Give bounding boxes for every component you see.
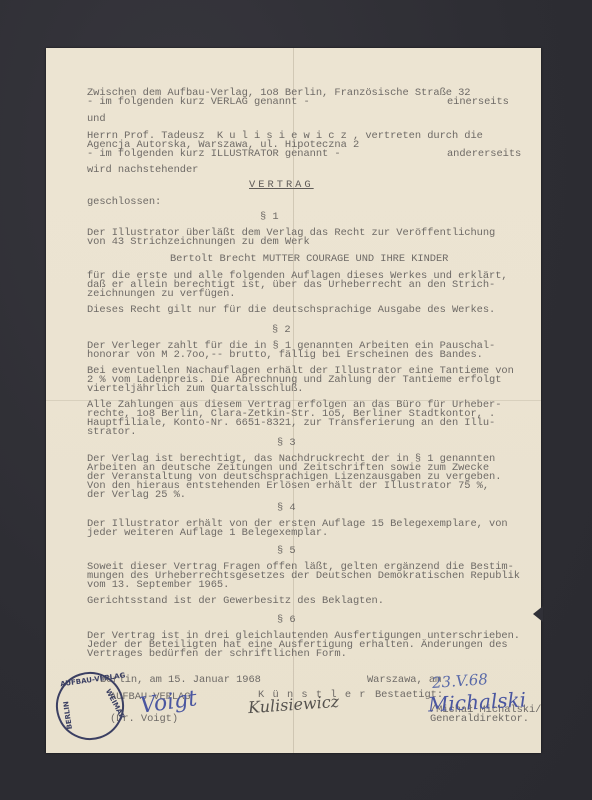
contract-title: VERTRAG: [249, 180, 314, 190]
parties-line-2-right: einerseits: [447, 97, 509, 107]
warsaw-date: Warszawa, am: [367, 675, 441, 685]
section-3-heading: § 3: [277, 438, 296, 448]
section-2-heading: § 2: [272, 325, 291, 335]
section-1-line: zeichnungen zu verfügen.: [87, 289, 235, 299]
parties-line-5-right: andererseits: [447, 149, 521, 159]
director-signature: Michalski: [427, 687, 526, 716]
work-title: Bertolt Brecht MUTTER COURAGE UND IHRE K…: [170, 254, 448, 264]
parties-line-5-left: - im folgenden kurz ILLUSTRATOR genannt …: [87, 149, 341, 159]
paper-tear: [533, 606, 543, 622]
closed-label: geschlossen:: [87, 197, 161, 207]
section-5-heading: § 5: [277, 546, 296, 556]
parties-und: und: [87, 114, 106, 124]
section-3-line: der Verlag 25 %.: [87, 490, 186, 500]
section-1-line: Dieses Recht gilt nur für die deutschspr…: [87, 305, 495, 315]
section-5-line: Gerichtsstand ist der Gewerbesitz des Be…: [87, 596, 384, 606]
section-5-line: vom 13. September 1965.: [87, 580, 229, 590]
section-1-line: von 43 Strichzeichnungen zu dem Werk: [87, 237, 310, 247]
section-6-line: Vertrages bedürfen der schriftlichen For…: [87, 649, 347, 659]
section-2-line: Hauptfiliale, Konto-Nr. 6651-8321, zur T…: [87, 418, 495, 428]
section-4-heading: § 4: [277, 503, 296, 513]
parties-line-2-left: - im folgenden kurz VERLAG genannt -: [87, 97, 310, 107]
section-4-line: jeder weiteren Auflage 1 Belegexemplar.: [87, 528, 328, 538]
stamp-text-left: BERLIN: [62, 701, 74, 730]
section-6-heading: § 6: [277, 615, 296, 625]
parties-line-6: wird nachstehender: [87, 165, 198, 175]
section-1-heading: § 1: [260, 212, 279, 222]
section-2-line: strator.: [87, 427, 136, 437]
section-2-line: vierteljährlich zum Quartalsschluß.: [87, 384, 304, 394]
section-2-line: honorar von M 2.7oo,-- brutto, fällig be…: [87, 350, 483, 360]
